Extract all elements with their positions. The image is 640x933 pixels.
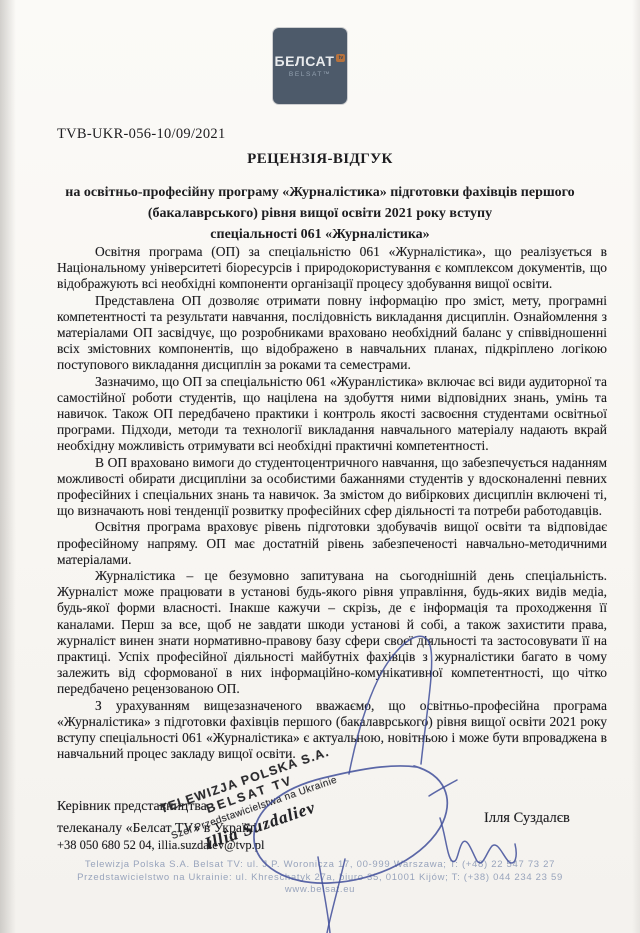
body-paragraph-4: В ОП враховано вимоги до студентоцентрич… xyxy=(57,455,607,520)
document-subtitle: на освітньо-професійну програму «Журналі… xyxy=(40,182,600,245)
footer-address-line-2: Przedstawicielstwo na Ukrainie: ul. Khre… xyxy=(0,872,640,885)
footer-address-line-1: Telewizja Polska S.A. Belsat TV: ul. J.P… xyxy=(0,859,640,872)
logo-wordmark: БЕЛСАТ xyxy=(275,54,335,68)
subtitle-line-2: (бакалаврського) рівня вищої освіти 2021… xyxy=(40,203,600,224)
belsat-logo: БЕЛСАТ tv BELSAT™ xyxy=(273,28,347,104)
scanned-document-page: БЕЛСАТ tv BELSAT™ TVB-UKR-056-10/09/2021… xyxy=(0,0,640,933)
document-body: Освітня програма (ОП) за спеціальністю 0… xyxy=(57,244,607,763)
document-title: РЕЦЕНЗІЯ-ВІДГУК xyxy=(0,151,640,168)
body-paragraph-2: Представлена ОП дозволяє отримати повну … xyxy=(57,293,607,374)
reference-number: TVB-UKR-056-10/09/2021 xyxy=(57,126,226,143)
logo-subwordmark: BELSAT™ xyxy=(289,71,331,78)
letterhead-footer: Telewizja Polska S.A. Belsat TV: ul. J.P… xyxy=(0,859,640,897)
subtitle-line-1: на освітньо-професійну програму «Журналі… xyxy=(40,182,600,203)
body-paragraph-6: Журналістика – це безумовно запитувана н… xyxy=(57,568,607,698)
signatory-name: Ілля Суздалєв xyxy=(484,810,570,827)
body-paragraph-1: Освітня програма (ОП) за спеціальністю 0… xyxy=(57,244,607,293)
body-paragraph-3: Зазначимо, що ОП за спеціальністю 061 «Ж… xyxy=(57,374,607,455)
footer-website: www.belsat.eu xyxy=(0,884,640,897)
logo-tv-badge-icon: tv xyxy=(336,54,345,62)
logo-wordmark-row: БЕЛСАТ tv xyxy=(275,54,346,68)
subtitle-line-3: спеціальності 061 «Журналістика» xyxy=(40,224,600,245)
body-paragraph-5: Освітня програма враховує рівень підгото… xyxy=(57,519,607,568)
